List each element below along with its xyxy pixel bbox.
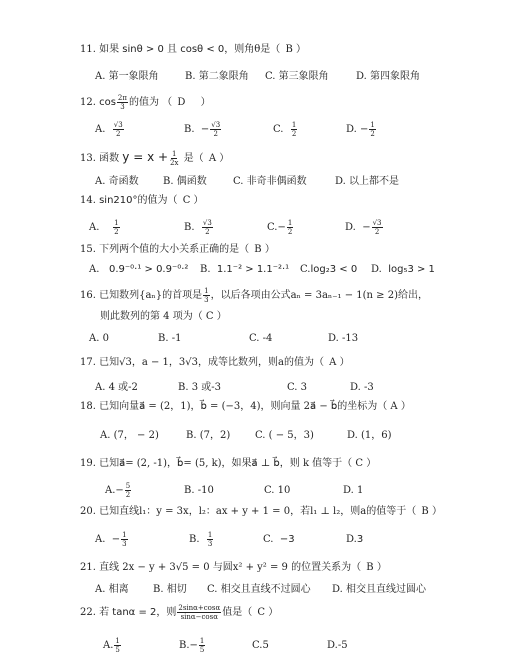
option-b: B. −√32 <box>184 121 222 138</box>
fraction: 2sinα+cosαsinα−cosα <box>177 604 221 621</box>
question-21: 21. 直线 2x − y + 3√5 = 0 与圆x² + y² = 9 的位… <box>80 561 387 575</box>
question-number: 20. <box>80 506 96 517</box>
option-d: D. (1，6) <box>347 429 392 443</box>
fraction: 12x <box>169 150 179 167</box>
question-number: 18. <box>80 401 96 412</box>
option-c: C. 10 <box>264 484 290 498</box>
option-a: A. −13 <box>95 531 129 548</box>
option-d: D. 1 <box>343 484 363 498</box>
question-number: 21. <box>80 562 96 573</box>
question-16: 16. 已知数列{aₙ}的首项是13，以后各项由公式aₙ = 3aₙ₋₁ − 1… <box>80 287 428 304</box>
option-c: C. ( − 5，3) <box>255 429 314 443</box>
option-d: D. -13 <box>328 332 358 346</box>
option-a: A.15 <box>103 637 122 654</box>
option-c: C. -4 <box>249 332 272 346</box>
question-number: 15. <box>80 244 96 255</box>
answer: B <box>366 562 373 573</box>
question-number: 11. <box>80 44 96 55</box>
answer: B <box>254 244 261 255</box>
answer: B <box>421 506 428 517</box>
question-15: 15. 下列两个值的大小关系正确的是（ B ） <box>80 243 275 257</box>
fraction: 2π3 <box>117 94 128 111</box>
question-number: 13. <box>80 153 96 164</box>
option-c: C. 第三象限角 <box>265 70 329 84</box>
option-c: C.5 <box>252 639 269 653</box>
option-b: B. 相切 <box>153 583 187 597</box>
option-a: A. 第一象限角 <box>95 70 159 84</box>
option-c: C. 非奇非偶函数 <box>233 175 307 189</box>
option-b: B. 偶函数 <box>163 175 207 189</box>
answer: A <box>390 401 397 412</box>
option-d: D.3 <box>346 533 363 547</box>
option-d: D. −12 <box>346 121 377 138</box>
option-d: D. log₅3 > 1 <box>371 263 435 277</box>
option-a: A. (7， − 2) <box>100 429 159 443</box>
option-d: D. 第四象限角 <box>356 70 420 84</box>
option-b: B. 第二象限角 <box>185 70 249 84</box>
question-17: 17. 已知√3，a − 1，3√3，成等比数列，则a的值为（ A ） <box>80 356 350 370</box>
answer: D <box>177 97 185 108</box>
answer: A <box>209 153 216 164</box>
question-number: 16. <box>80 290 96 301</box>
question-number: 14. <box>80 195 96 206</box>
question-19: 19. 已知a⃗= (2, -1)，b⃗= (5, k)，如果a⃗ ⊥ b⃗，则… <box>80 457 376 471</box>
option-a: A. 奇函数 <box>95 175 139 189</box>
option-d: D. 以上都不是 <box>335 175 399 189</box>
question-number: 19. <box>80 458 96 469</box>
option-b: B. -1 <box>158 332 181 346</box>
option-d: D. −√32 <box>345 219 384 236</box>
option-c: C. 3 <box>287 381 307 395</box>
answer: C <box>257 607 265 618</box>
option-b: B. -10 <box>184 484 214 498</box>
answer: C <box>183 195 191 206</box>
option-a: A. 相离 <box>95 583 129 597</box>
option-d: D.-5 <box>327 639 348 653</box>
option-c: C. 12 <box>273 121 298 138</box>
option-c: C.log₂3 < 0 <box>300 263 357 277</box>
question-14: 14. sin210°的值为（ C ） <box>80 194 204 208</box>
option-d: D. -3 <box>350 381 374 395</box>
question-12: 12. cos2π3的值为 （ D ） <box>80 94 211 111</box>
question-16-line2: 则此数列的第 4 项为（ C ） <box>100 310 227 324</box>
option-c: C. 相交且直线不过圆心 <box>207 583 311 597</box>
question-20: 20. 已知直线l₁：y = 3x，l₂：ax + y + 1 = 0，若l₁ … <box>80 505 442 519</box>
option-d: D. 相交且直线过圆心 <box>332 583 426 597</box>
option-c: C.−12 <box>267 219 294 236</box>
option-b: B. 13 <box>189 531 214 548</box>
question-number: 12. <box>80 97 96 108</box>
question-number: 17. <box>80 357 96 368</box>
answer: A <box>329 357 336 368</box>
question-18: 18. 已知向量a⃗ = (2，1)，b⃗ = (−3，4)，则向量 2a⃗ −… <box>80 400 411 414</box>
fraction: 13 <box>203 287 209 304</box>
option-a: A. 12 <box>89 219 121 236</box>
option-a: A. 0 <box>89 332 109 346</box>
option-a: A. √32 <box>95 121 125 138</box>
answer: B <box>285 44 292 55</box>
option-b: B. 3 或-3 <box>178 381 221 395</box>
option-b: B. (7，2) <box>186 429 230 443</box>
option-b: B. √32 <box>184 219 214 236</box>
option-b: B. 1.1⁻² > 1.1⁻²·¹ <box>200 263 289 277</box>
answer: C <box>355 458 363 469</box>
option-b: B.−15 <box>179 637 206 654</box>
option-a: A.−52 <box>105 482 132 499</box>
question-13: 13. 函数 y = x +12x 是（ A ） <box>80 150 229 167</box>
question-22: 22. 若 tanα = 2，则2sinα+cosαsinα−cosα值是（ C… <box>80 604 278 621</box>
question-number: 22. <box>80 607 96 618</box>
option-c: C. −3 <box>263 533 295 547</box>
question-11: 11. 如果 sinθ > 0 且 cosθ < 0，则角θ是（ B ） <box>80 43 306 57</box>
option-a: A. 4 或-2 <box>95 381 138 395</box>
answer: C <box>206 311 214 322</box>
option-a: A. 0.9⁻⁰·¹ > 0.9⁻⁰·² <box>89 263 188 277</box>
